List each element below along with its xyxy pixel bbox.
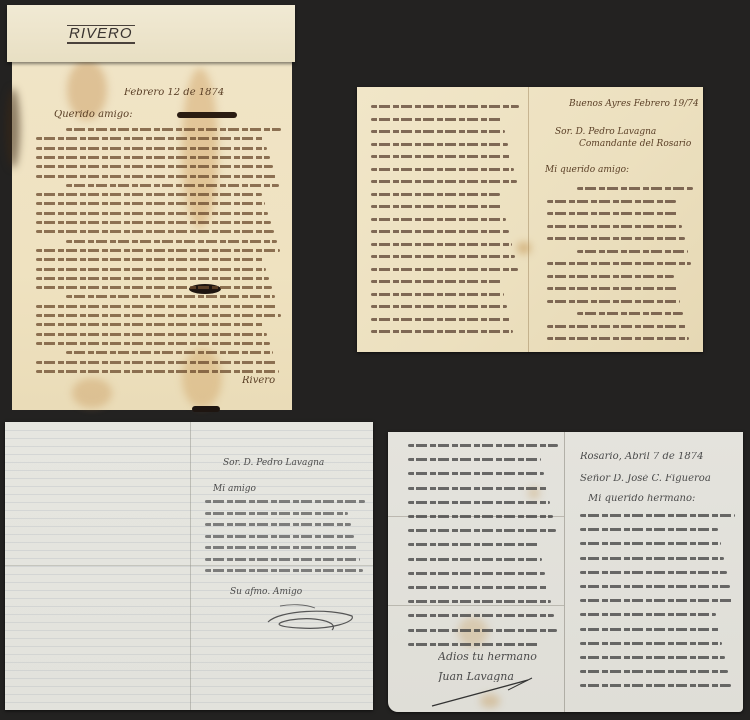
handwriting-line	[36, 286, 272, 289]
handwriting-line	[547, 237, 685, 240]
handwriting-line	[371, 130, 505, 133]
ruled-line	[5, 590, 373, 591]
handwriting-line	[580, 628, 719, 631]
handwriting-line	[408, 529, 556, 532]
handwriting-line	[408, 586, 548, 589]
ruled-line	[5, 478, 373, 479]
handwriting-line	[408, 444, 558, 447]
handwriting-line	[371, 105, 519, 108]
water-stain	[6, 88, 20, 168]
handwriting-line	[408, 472, 544, 475]
page-fold	[528, 87, 529, 352]
salutation: Querido amigo:	[54, 110, 133, 120]
dateline: Buenos Ayres Febrero 19/74	[569, 99, 699, 109]
handwriting-line	[408, 543, 539, 546]
handwriting-line	[371, 293, 504, 296]
handwriting-line	[580, 571, 727, 574]
dateline: Rosario, Abril 7 de 1874	[580, 452, 703, 462]
handwriting-line	[371, 230, 509, 233]
handwriting-line	[580, 642, 722, 645]
handwriting-line	[580, 670, 728, 673]
handwriting-line	[580, 528, 718, 531]
handwriting-line	[205, 535, 354, 538]
handwriting-line	[408, 558, 542, 561]
handwriting-line	[66, 295, 275, 298]
closing: Su afmo. Amigo	[230, 587, 302, 597]
handwriting-line	[408, 572, 545, 575]
handwriting-line	[205, 512, 348, 515]
handwriting-line	[36, 137, 264, 140]
handwriting-line	[371, 218, 506, 221]
handwriting-line	[36, 258, 263, 261]
handwriting-line	[36, 323, 264, 326]
handwriting-line	[66, 184, 279, 187]
water-stain	[72, 378, 112, 408]
ruled-line	[5, 582, 373, 583]
ruled-line	[5, 486, 373, 487]
handwriting-line	[36, 230, 274, 233]
ruled-line	[5, 518, 373, 519]
letter-lined-paper: Sor. D. Pedro Lavagna Mi amigo Su afmo. …	[5, 422, 373, 710]
handwriting-line	[408, 643, 540, 646]
handwriting-line	[547, 287, 677, 290]
ruled-line	[5, 454, 373, 455]
handwriting-line	[66, 351, 273, 354]
handwriting-line	[205, 500, 365, 503]
page-fold	[190, 422, 191, 710]
ruled-line	[5, 542, 373, 543]
handwriting-line	[580, 585, 730, 588]
handwriting-line	[36, 147, 267, 150]
handwriting-line	[371, 143, 508, 146]
ruled-line	[5, 438, 373, 439]
addressee-line2: Comandante del Rosario	[579, 139, 691, 149]
ruled-line	[5, 670, 373, 671]
ruled-line	[5, 446, 373, 447]
handwriting-line	[205, 523, 351, 526]
handwriting-line	[36, 193, 262, 196]
handwriting-line	[36, 175, 276, 178]
ruled-line	[5, 494, 373, 495]
handwriting-line	[371, 268, 518, 271]
handwriting-line	[36, 370, 279, 373]
letter-buenos-aires: Buenos Ayres Febrero 19/74 Sor. D. Pedro…	[357, 87, 703, 352]
handwriting-line	[547, 337, 689, 340]
addressee: Sor. D. Pedro Lavagna	[223, 458, 324, 468]
ruled-line	[5, 550, 373, 551]
handwriting-line	[371, 280, 501, 283]
handwriting-line	[577, 250, 688, 253]
letter-rosario: Rosario, Abril 7 de 1874 Señor D. José C…	[388, 432, 743, 712]
signature-flourish	[260, 600, 360, 640]
handwriting-line	[580, 656, 725, 659]
handwriting-line	[371, 193, 500, 196]
handwriting-line	[371, 305, 507, 308]
handwriting-line	[36, 221, 271, 224]
handwriting-line	[547, 325, 686, 328]
handwriting-line	[36, 277, 269, 280]
rivero-label: RIVERO	[67, 25, 135, 44]
ruled-line	[5, 646, 373, 647]
handwriting-line	[36, 165, 273, 168]
handwriting-line	[547, 262, 691, 265]
handwriting-line	[580, 684, 731, 687]
handwriting-line	[371, 318, 510, 321]
signature-flourish	[428, 670, 548, 710]
horizontal-fold	[5, 565, 373, 566]
salutation: Mi amigo	[213, 484, 256, 494]
horizontal-fold	[388, 605, 564, 606]
ruled-line	[5, 662, 373, 663]
ruled-line	[5, 694, 373, 695]
handwriting-line	[371, 180, 517, 183]
salutation: Mi querido amigo:	[545, 165, 629, 175]
ruled-line	[5, 574, 373, 575]
ruled-line	[5, 566, 373, 567]
handwriting-line	[371, 243, 512, 246]
addressee: Señor D. José C. Figueroa	[580, 474, 711, 484]
handwriting-line	[580, 557, 724, 560]
handwriting-line	[36, 156, 270, 159]
handwriting-line	[408, 515, 553, 518]
handwriting-line	[580, 613, 716, 616]
handwriting-line	[205, 558, 360, 561]
ruled-line	[5, 678, 373, 679]
handwriting-line	[371, 330, 513, 333]
handwriting-line	[36, 333, 267, 336]
handwriting-line	[66, 240, 277, 243]
handwriting-line	[577, 187, 693, 190]
ruled-line	[5, 510, 373, 511]
handwriting-line	[371, 255, 515, 258]
handwriting-line	[408, 487, 547, 490]
handwriting-line	[36, 305, 278, 308]
ink-blot	[192, 406, 220, 412]
handwriting-line	[547, 212, 679, 215]
handwriting-line	[547, 225, 682, 228]
handwriting-line	[547, 300, 680, 303]
handwriting-line	[371, 155, 511, 158]
rivero-label-strip: RIVERO	[7, 5, 295, 62]
handwriting-line	[547, 200, 676, 203]
ruled-line	[5, 686, 373, 687]
dateline: Febrero 12 de 1874	[124, 88, 224, 98]
ruled-line	[5, 654, 373, 655]
handwriting-line	[580, 542, 721, 545]
salutation: Mi querido hermano:	[588, 494, 695, 504]
letter-rivero: Febrero 12 de 1874 Querido amigo: Rivero	[12, 58, 292, 410]
handwriting-line	[408, 458, 541, 461]
handwriting-line	[408, 501, 550, 504]
closing: Adios tu hermano	[438, 652, 537, 662]
page-fold	[564, 432, 565, 712]
ruled-line	[5, 470, 373, 471]
handwriting-line	[36, 202, 265, 205]
handwriting-line	[205, 569, 363, 572]
handwriting-line	[371, 168, 514, 171]
handwriting-line	[371, 118, 502, 121]
signature: Rivero	[242, 376, 275, 386]
handwriting-line	[547, 275, 674, 278]
handwriting-line	[205, 546, 357, 549]
handwriting-line	[36, 249, 280, 252]
handwriting-line	[36, 268, 266, 271]
handwriting-line	[408, 614, 554, 617]
handwriting-line	[371, 205, 503, 208]
handwriting-line	[580, 514, 735, 517]
ruled-line	[5, 430, 373, 431]
handwriting-line	[408, 629, 557, 632]
water-stain	[517, 242, 531, 254]
handwriting-line	[36, 212, 268, 215]
handwriting-line	[66, 128, 281, 131]
handwriting-line	[36, 342, 270, 345]
addressee: Sor. D. Pedro Lavagna	[555, 127, 656, 137]
water-stain	[182, 348, 222, 408]
handwriting-line	[36, 361, 276, 364]
ruled-line	[5, 702, 373, 703]
handwriting-line	[577, 312, 683, 315]
handwriting-line	[36, 314, 281, 317]
ruled-line	[5, 598, 373, 599]
ruled-line	[5, 526, 373, 527]
handwriting-line	[580, 599, 733, 602]
ink-blot	[177, 112, 237, 118]
handwriting-line	[408, 600, 551, 603]
